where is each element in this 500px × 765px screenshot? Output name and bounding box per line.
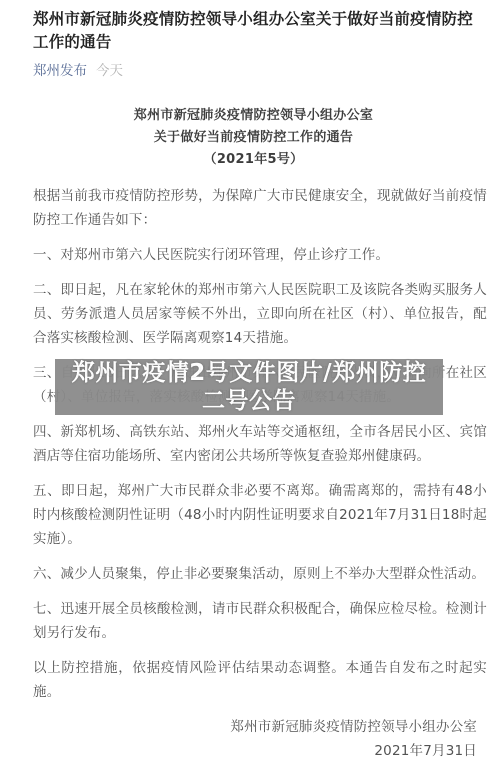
notice-closing: 以上防控措施，依据疫情风险评估结果动态调整。本通告自发布之时起实施。 bbox=[33, 656, 487, 704]
watermarked-section: 三、自7月16日以来，凡进出郑州市第六人民医院的人员，立即向所在社区（村）、单位… bbox=[33, 361, 487, 409]
byline: 郑州发布今天 bbox=[33, 62, 487, 80]
notice-title-line1: 郑州市新冠肺炎疫情防控领导小组办公室 bbox=[33, 105, 474, 127]
notice-signature: 郑州市新冠肺炎疫情防控领导小组办公室 bbox=[33, 715, 477, 739]
notice-title: 郑州市新冠肺炎疫情防控领导小组办公室 关于做好当前疫情防控工作的通告 （2021… bbox=[33, 105, 487, 171]
notice-paragraph-6: 六、减少人员聚集，停止非必要聚集活动，原则上不举办大型群众性活动。 bbox=[33, 562, 487, 586]
article-title: 郑州市新冠肺炎疫情防控领导小组办公室关于做好当前疫情防控工作的通告 bbox=[33, 8, 487, 54]
notice-date: 2021年7月31日 bbox=[33, 739, 477, 763]
notice-paragraph-2: 二、即日起，凡在家轮休的郑州市第六人民医院职工及该院各类购买服务人员、劳务派遣人… bbox=[33, 278, 487, 350]
notice-body: 根据当前我市疫情防控形势，为保障广大市民健康安全，现就做好当前疫情防控工作通告如… bbox=[33, 184, 487, 704]
notice-intro: 根据当前我市疫情防控形势，为保障广大市民健康安全，现就做好当前疫情防控工作通告如… bbox=[33, 184, 487, 232]
notice-paragraph-3: 三、自7月16日以来，凡进出郑州市第六人民医院的人员，立即向所在社区（村）、单位… bbox=[33, 361, 487, 409]
publish-time: 今天 bbox=[96, 63, 123, 79]
notice-title-number: （2021年5号） bbox=[33, 149, 474, 171]
notice-paragraph-4: 四、新郑机场、高铁东站、郑州火车站等交通枢纽，全市各居民小区、宾馆酒店等住宿功能… bbox=[33, 420, 487, 468]
source-account-link[interactable]: 郑州发布 bbox=[33, 63, 87, 79]
notice-paragraph-1: 一、对郑州市第六人民医院实行闭环管理，停止诊疗工作。 bbox=[33, 243, 487, 267]
notice-paragraph-7: 七、迅速开展全员核酸检测，请市民群众积极配合，确保应检尽检。检测计划另行发布。 bbox=[33, 597, 487, 645]
notice-paragraph-5: 五、即日起，郑州广大市民群众非必要不离郑。确需离郑的，需持有48小时内核酸检测阴… bbox=[33, 479, 487, 551]
article-page: 郑州市新冠肺炎疫情防控领导小组办公室关于做好当前疫情防控工作的通告 郑州发布今天… bbox=[0, 0, 500, 765]
notice-title-line2: 关于做好当前疫情防控工作的通告 bbox=[33, 127, 474, 149]
signature-block: 郑州市新冠肺炎疫情防控领导小组办公室 2021年7月31日 bbox=[33, 715, 487, 763]
